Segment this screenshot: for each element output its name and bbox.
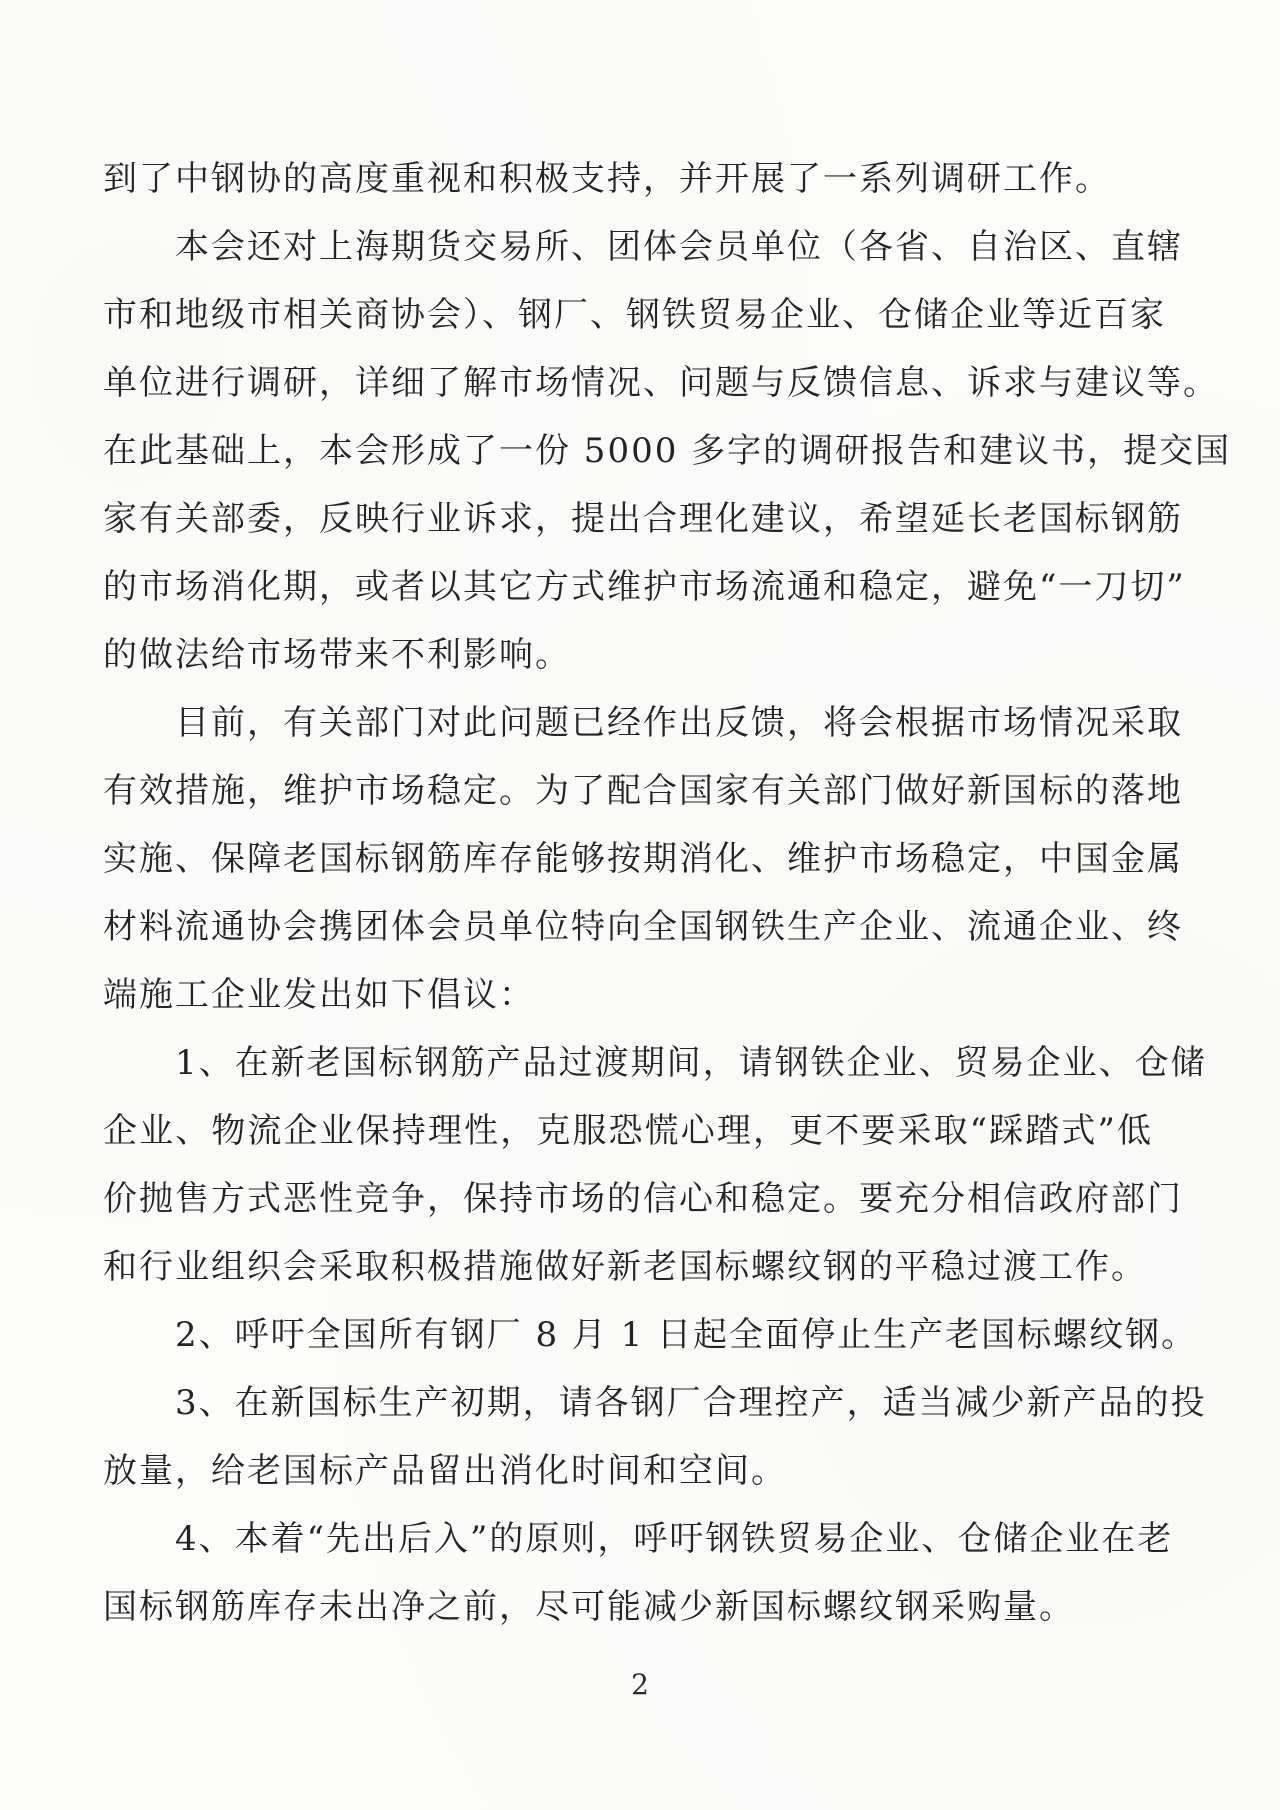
text-line: 实施、保障老国标钢筋库存能够按期消化、维护市场稳定，中国金属	[103, 825, 1153, 893]
text-line: 家有关部委，反映行业诉求，提出合理化建议，希望延长老国标钢筋	[103, 485, 1153, 553]
text-line: 和行业组织会采取积极措施做好新老国标螺纹钢的平稳过渡工作。	[103, 1233, 1153, 1301]
document-body: 到了中钢协的高度重视和积极支持，并开展了一系列调研工作。 本会还对上海期货交易所…	[103, 145, 1153, 1641]
text-line: 有效措施，维护市场稳定。为了配合国家有关部门做好新国标的落地	[103, 757, 1153, 825]
text-line: 在此基础上，本会形成了一份 5000 多字的调研报告和建议书，提交国	[103, 417, 1153, 485]
text-line: 3、在新国标生产初期，请各钢厂合理控产，适当减少新产品的投	[103, 1369, 1153, 1437]
text-line: 目前，有关部门对此问题已经作出反馈，将会根据市场情况采取	[103, 689, 1153, 757]
text-line: 1、在新老国标钢筋产品过渡期间，请钢铁企业、贸易企业、仓储	[103, 1029, 1153, 1097]
text-line: 到了中钢协的高度重视和积极支持，并开展了一系列调研工作。	[103, 145, 1153, 213]
text-line: 市和地级市相关商协会）、钢厂、钢铁贸易企业、仓储企业等近百家	[103, 281, 1153, 349]
text-line: 企业、物流企业保持理性，克服恐慌心理，更不要采取“踩踏式”低	[103, 1097, 1153, 1165]
text-line: 4、本着“先出后入”的原则，呼吁钢铁贸易企业、仓储企业在老	[103, 1505, 1153, 1573]
text-line: 放量，给老国标产品留出消化时间和空间。	[103, 1437, 1153, 1505]
text-line: 的做法给市场带来不利影响。	[103, 621, 1153, 689]
scanned-document-page: 到了中钢协的高度重视和积极支持，并开展了一系列调研工作。 本会还对上海期货交易所…	[0, 0, 1280, 1810]
text-line: 端施工企业发出如下倡议：	[103, 961, 1153, 1029]
text-line: 本会还对上海期货交易所、团体会员单位（各省、自治区、直辖	[103, 213, 1153, 281]
text-line: 的市场消化期，或者以其它方式维护市场流通和稳定，避免“一刀切”	[103, 553, 1153, 621]
text-line: 材料流通协会携团体会员单位特向全国钢铁生产企业、流通企业、终	[103, 893, 1153, 961]
text-line: 价抛售方式恶性竞争，保持市场的信心和稳定。要充分相信政府部门	[103, 1165, 1153, 1233]
text-line: 国标钢筋库存未出净之前，尽可能减少新国标螺纹钢采购量。	[103, 1573, 1153, 1641]
text-line: 2、呼吁全国所有钢厂 8 月 1 日起全面停止生产老国标螺纹钢。	[103, 1301, 1153, 1369]
text-line: 单位进行调研，详细了解市场情况、问题与反馈信息、诉求与建议等。	[103, 349, 1153, 417]
page-number: 2	[0, 1668, 1280, 1701]
